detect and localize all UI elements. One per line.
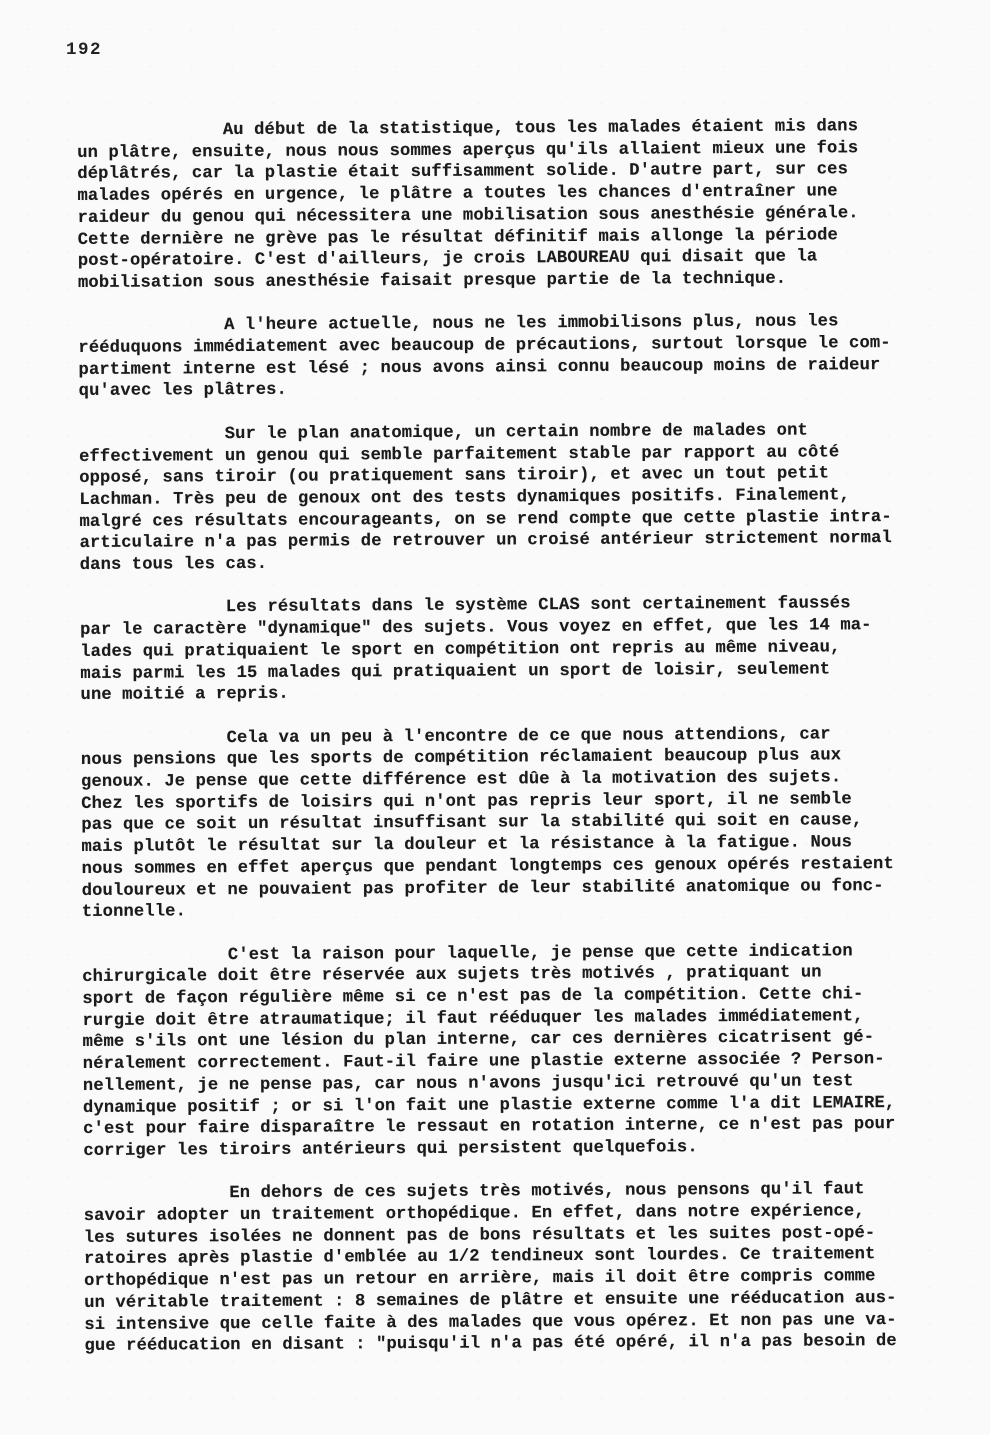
paragraph-surgical-indication: C'est la raison pour laquelle, je pense … [82, 940, 953, 1162]
paragraph-anatomic-results: Sur le plan anatomique, un certain nombr… [79, 419, 950, 576]
paragraph-clas-system-results: Les résultats dans le système CLAS sont … [80, 593, 951, 707]
paragraph-orthopedic-treatment: En dehors de ces sujets très motivés, no… [83, 1179, 954, 1358]
paragraph-plaster-statistics: Au début de la statistique, tous les mal… [77, 116, 948, 295]
document-body: Au début de la statistique, tous les mal… [77, 116, 955, 1380]
page-number: 192 [66, 40, 102, 60]
paragraph-no-immobilisation: A l'heure actuelle, nous ne les immobili… [78, 311, 949, 403]
scanned-document-page: 192 Au début de la statistique, tous les… [0, 0, 990, 1435]
paragraph-motivation-discussion: Cela va un peu à l'encontre de ce que no… [81, 723, 952, 924]
